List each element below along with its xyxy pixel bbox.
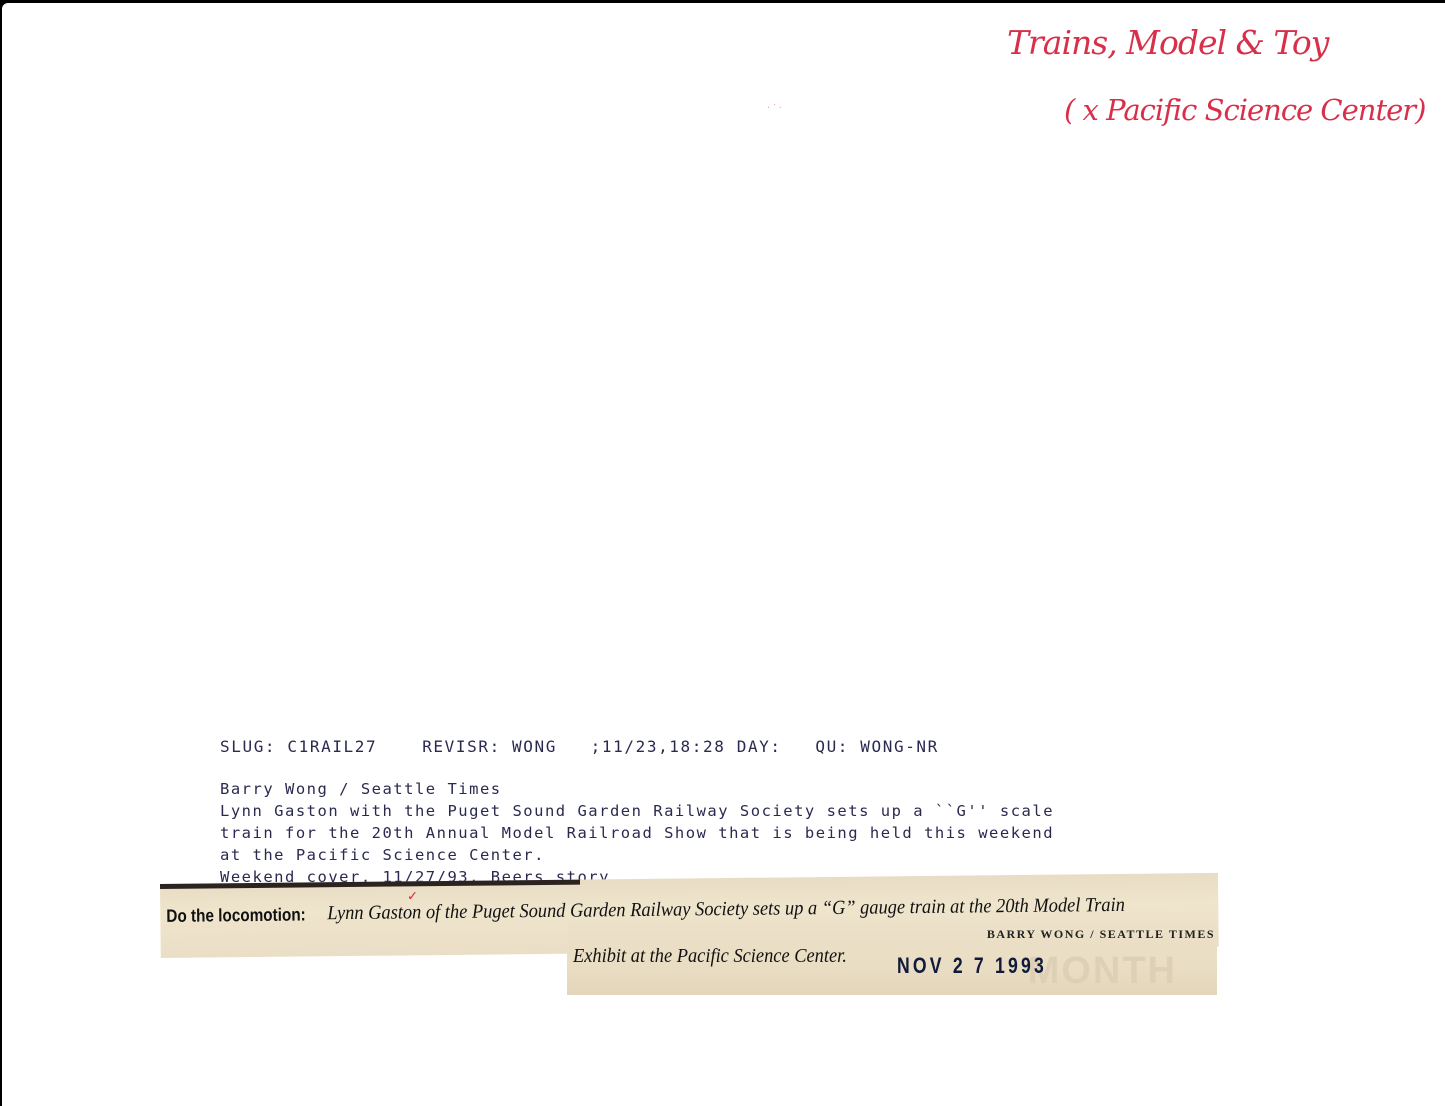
clipping-caption-part2: Exhibit at the Pacific Science Center. (573, 945, 847, 968)
ink-specks: · ˙ · (767, 103, 782, 114)
date-stamp: NOV 2 7 1993 (897, 953, 1047, 979)
newspaper-clipping-bottom: MONTH BARRY WONG / SEATTLE TIMES Exhibit… (567, 921, 1217, 995)
caption-line: train for the 20th Annual Model Railroad… (220, 824, 1054, 842)
photo-credit: BARRY WONG / SEATTLE TIMES (987, 927, 1215, 942)
handwritten-category: Trains, Model & Toy (1007, 23, 1328, 62)
bleed-through-text: MONTH (1028, 950, 1177, 993)
clipping-lead: Do the locomotion: (166, 904, 306, 926)
caption-line: Barry Wong / Seattle Times (220, 780, 502, 798)
slug-line: SLUG: C1RAIL27 REVISR: WONG ;11/23,18:28… (220, 737, 939, 756)
caption-line: at the Pacific Science Center. (220, 846, 545, 864)
caption-line: Lynn Gaston with the Puget Sound Garden … (220, 802, 1054, 820)
handwritten-subcategory: ( x Pacific Science Center) (1064, 93, 1425, 127)
